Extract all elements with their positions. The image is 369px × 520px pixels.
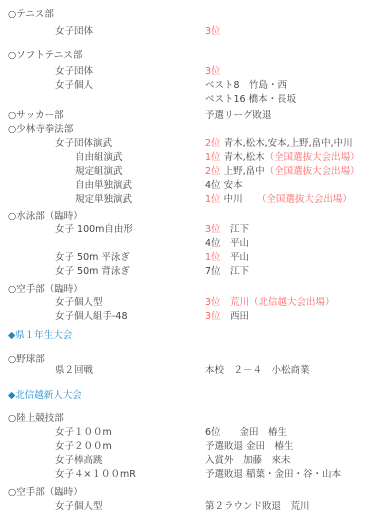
event-label: 女子個人組手-48: [55, 311, 128, 323]
result-text: 平山: [221, 252, 250, 263]
result: 3位 江下: [205, 224, 249, 236]
meet-heading: ◆県１年生大会: [8, 330, 72, 342]
result-text: 青木,松木,安本,上野,畠中,中川: [224, 138, 353, 149]
row-soft-tennis-womens-team: 女子団体3位: [0, 66, 369, 79]
result-text: 2位: [205, 166, 224, 177]
row-swim-50m-backstroke: 女子 50m 背泳ぎ7位 江下: [0, 266, 369, 279]
row-soft-tennis-womens-individual-2: ベスト16 橋本・長坂: [0, 94, 369, 107]
event-label: 女子２００m: [55, 441, 112, 453]
row-karate-womens-kumite-48: 女子個人組手-483位 西田: [0, 311, 369, 324]
result-text: 4位 平山: [205, 238, 249, 249]
event-label: 女子４×１００mR: [55, 469, 136, 481]
result-text: 西田: [221, 311, 250, 322]
event-label: 女子 100m自由形: [55, 224, 133, 236]
row-tennis-womens-team: 女子団体3位: [0, 26, 369, 39]
event-label: 女子団体演武: [55, 138, 112, 150]
club-name: ○少林寺拳法部: [8, 124, 73, 136]
result: 1位 中川 （全国選抜大会出場）: [205, 194, 352, 206]
result-text: 青木,松木: [224, 152, 265, 163]
section-track-and-field: ○陸上競技部: [0, 413, 369, 426]
row-track-womens-4x100m-relay: 女子４×１００mR予選敗退 稲葉・金田・谷・山本: [0, 469, 369, 482]
result: 4位 安本: [205, 180, 243, 192]
result-text: 中川: [224, 194, 262, 205]
club-name: ○空手部（臨時）: [8, 284, 83, 296]
result-text: 1位: [205, 152, 224, 163]
section-karate-2: ○空手部（臨時）: [0, 487, 369, 500]
club-name: ○空手部（臨時）: [8, 487, 83, 499]
result: 4位 平山: [205, 238, 249, 250]
event-label: 女子団体: [55, 66, 93, 78]
section-soft-tennis: ○ソフトテニス部: [0, 50, 369, 63]
result: 1位 青木,松木（全国選抜大会出場）: [205, 152, 360, 164]
result-text: 入賞外 加藤 來未: [205, 455, 291, 466]
event-label: 女子個人: [55, 80, 93, 92]
row-karate2-womens-kata: 女子個人型第２ラウンド敗退 荒川: [0, 501, 369, 514]
result: 3位: [205, 26, 221, 38]
result: 3位: [205, 66, 221, 78]
result: 予選リーグ敗退: [205, 110, 272, 122]
result: ベスト16 橋本・長坂: [205, 94, 296, 106]
row-shorinji-free-solo-embu: 自由単独演武4位 安本: [0, 180, 369, 193]
event-label: 自由組演武: [75, 152, 123, 164]
result-text: ベスト8 竹島・西: [205, 80, 287, 91]
section-tennis: ○テニス部: [0, 9, 369, 22]
result-text: 3位: [205, 311, 221, 322]
result: 入賞外 加藤 來未: [205, 455, 291, 467]
row-shorinji-free-pair-embu: 自由組演武1位 青木,松木（全国選抜大会出場）: [0, 152, 369, 165]
club-name: ○ソフトテニス部: [8, 50, 82, 62]
row-track-womens-100m: 女子１００m6位 金田 椿生: [0, 427, 369, 440]
club-name: ○水泳部（臨時）: [8, 211, 83, 223]
result: 7位 江下: [205, 266, 249, 278]
result-text: ベスト16 橋本・長坂: [205, 94, 296, 105]
event-label: 女子 50m 背泳ぎ: [55, 266, 130, 278]
result: 予選敗退 金田 椿生: [205, 441, 294, 453]
result-text: 3位 荒川（北信越大会出場）: [205, 297, 335, 308]
result: 本校 ２－４ 小松商業: [205, 365, 310, 377]
result-text: 1位: [205, 252, 221, 263]
event-label: 女子個人型: [55, 297, 103, 309]
result: 予選敗退 稲葉・金田・谷・山本: [205, 469, 341, 481]
section-shorinji-kempo: ○少林寺拳法部: [0, 124, 369, 137]
result: 第２ラウンド敗退 荒川: [205, 501, 310, 513]
result-text: 予選敗退 金田 椿生: [205, 441, 294, 452]
result-text: 3位: [205, 224, 221, 235]
event-label: 女子個人型: [55, 501, 103, 513]
event-label: 規定単独演武: [75, 194, 132, 206]
row-track-womens-pole-vault: 女子棒高跳入賞外 加藤 來未: [0, 455, 369, 468]
event-label: 女子１００m: [55, 427, 112, 439]
heading-hokushinetsu-rookie-meet: ◆北信越新人大会: [0, 390, 369, 403]
result-text: 2位: [205, 138, 224, 149]
event-label: 女子団体: [55, 26, 93, 38]
club-name: ○サッカー部: [8, 110, 64, 122]
result-text: 上野,畠中: [224, 166, 265, 177]
club-name: ○テニス部: [8, 9, 54, 21]
row-baseball-pref-round2: 県２回戦本校 ２－４ 小松商業: [0, 365, 369, 378]
result-text: （全国選抜大会出場）: [265, 152, 360, 163]
result: 3位 西田: [205, 311, 249, 323]
row-shorinji-womens-team-embu: 女子団体演武2位 青木,松木,安本,上野,畠中,中川: [0, 138, 369, 151]
result: 2位 上野,畠中（全国選抜大会出場）: [205, 166, 360, 178]
result-text: 3位: [205, 66, 221, 77]
row-shorinji-kitei-solo-embu: 規定単独演武1位 中川 （全国選抜大会出場）: [0, 194, 369, 207]
result-text: 4位 安本: [205, 180, 243, 191]
result-text: 第２ラウンド敗退 荒川: [205, 501, 310, 512]
row-karate-womens-kata: 女子個人型3位 荒川（北信越大会出場）: [0, 297, 369, 310]
result: 1位 平山: [205, 252, 249, 264]
heading-pref-first-year-meet: ◆県１年生大会: [0, 330, 369, 343]
result-text: 3位: [205, 26, 221, 37]
section-swimming: ○水泳部（臨時）: [0, 211, 369, 224]
result-text: 6位 金田 椿生: [205, 427, 287, 438]
meet-heading: ◆北信越新人大会: [8, 390, 82, 402]
event-label: 女子棒高跳: [55, 455, 103, 467]
result: 2位 青木,松木,安本,上野,畠中,中川: [205, 138, 353, 150]
event-label: 女子 50m 平泳ぎ: [55, 252, 130, 264]
row-swim-100m-free: 女子 100m自由形3位 江下: [0, 224, 369, 237]
row-shorinji-kitei-pair-embu: 規定組演武2位 上野,畠中（全国選抜大会出場）: [0, 166, 369, 179]
event-label: 規定組演武: [75, 166, 123, 178]
row-swim-100m-free-2: 4位 平山: [0, 238, 369, 251]
result-text: （全国選抜大会出場）: [265, 166, 360, 177]
section-karate: ○空手部（臨時）: [0, 284, 369, 297]
result-text: 予選リーグ敗退: [205, 110, 272, 121]
result: ベスト8 竹島・西: [205, 80, 287, 92]
result-text: （全国選抜大会出場）: [262, 194, 352, 205]
result-text: 予選敗退 稲葉・金田・谷・山本: [205, 469, 341, 480]
event-label: 県２回戦: [55, 365, 93, 377]
section-soccer: ○サッカー部予選リーグ敗退: [0, 110, 369, 123]
result-text: 本校 ２－４ 小松商業: [205, 365, 310, 376]
row-swim-50m-breaststroke: 女子 50m 平泳ぎ1位 平山: [0, 252, 369, 265]
result-text: 1位: [205, 194, 224, 205]
event-label: 自由単独演武: [75, 180, 132, 192]
result: 6位 金田 椿生: [205, 427, 287, 439]
row-track-womens-200m: 女子２００m予選敗退 金田 椿生: [0, 441, 369, 454]
row-soft-tennis-womens-individual: 女子個人ベスト8 竹島・西: [0, 80, 369, 93]
result-text: 江下: [221, 224, 250, 235]
club-name: ○陸上競技部: [8, 413, 64, 425]
result: 3位 荒川（北信越大会出場）: [205, 297, 335, 309]
results-document: ○テニス部女子団体3位○ソフトテニス部女子団体3位女子個人ベスト8 竹島・西ベス…: [0, 0, 369, 520]
result-text: 7位 江下: [205, 266, 249, 277]
